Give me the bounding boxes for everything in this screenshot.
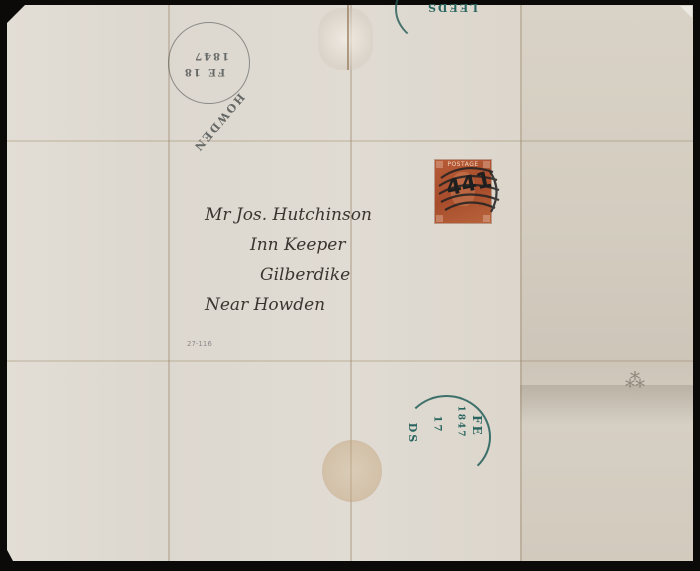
receiving-postmark: DS 17 1847 FE [402, 395, 491, 479]
wax-seal-stain [322, 440, 382, 502]
fold-line-vertical-left [168, 5, 170, 561]
address-line-near: Near Howden [205, 290, 372, 320]
fold-shadow [520, 385, 693, 425]
paper-tear [347, 5, 349, 70]
postmark-town: LEEDS [426, 1, 478, 14]
address-line-name: Mr Jos. Hutchinson [205, 200, 372, 230]
postmark-year: 1847 [193, 50, 229, 61]
pen-mark: ⁂ [625, 368, 645, 392]
right-fold-panel [520, 5, 693, 561]
postmark-date: FE 18 [183, 66, 225, 77]
pencil-inventory-note: 27-116 [187, 340, 212, 348]
address-line-town: Gilberdike [260, 260, 372, 290]
fold-line-horizontal-bottom [7, 360, 693, 362]
postmark-town: DS [406, 423, 419, 444]
postmark-month: FE [470, 415, 484, 437]
address-line-occupation: Inn Keeper [250, 230, 372, 260]
embossed-seal-mark [318, 8, 373, 70]
howden-postmark: HOWDEN FE 18 1847 [168, 22, 250, 104]
fold-line-horizontal-top [7, 140, 693, 142]
handwritten-address: Mr Jos. Hutchinson Inn Keeper Gilberdike… [205, 200, 372, 320]
postmark-day: 17 [431, 416, 442, 434]
postmark-year: 1847 [456, 405, 466, 438]
fold-line-vertical-right [520, 5, 522, 561]
